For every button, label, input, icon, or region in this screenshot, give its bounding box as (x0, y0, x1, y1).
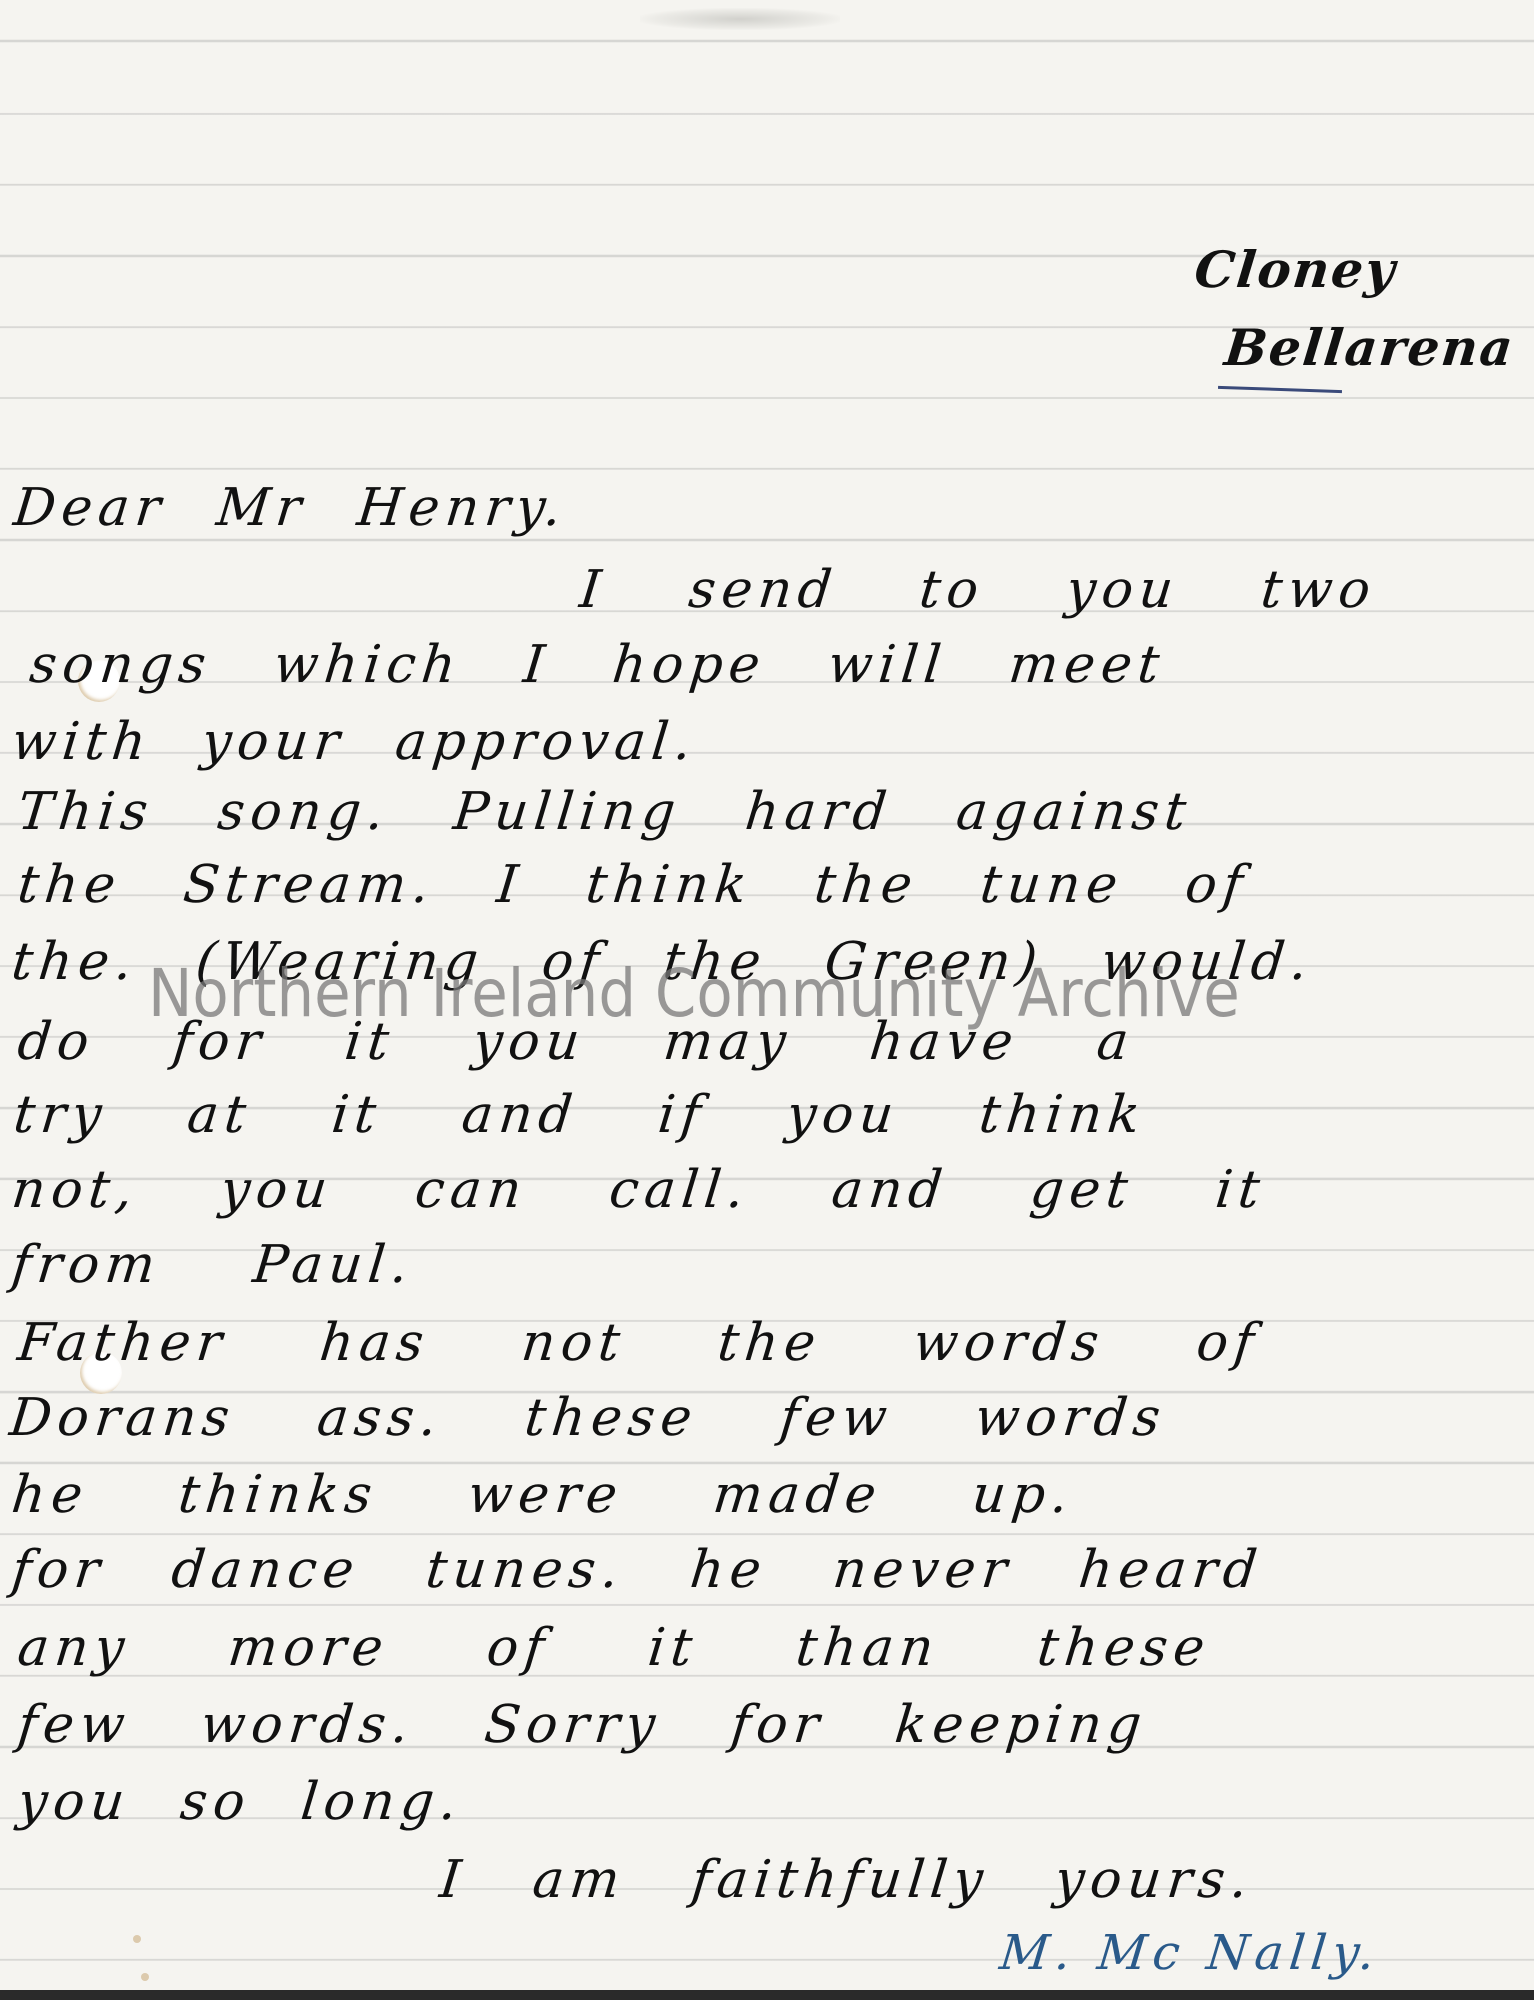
body-line: any more of it than these (15, 1618, 1214, 1678)
body-line: This song. Pulling hard against (15, 782, 1195, 842)
salutation: Dear Mr Henry. (11, 478, 570, 538)
body-line: he thinks were made up. (9, 1465, 1077, 1525)
body-line: not, you can call. and get it (9, 1160, 1269, 1220)
scan-bottom-edge (0, 1990, 1534, 2000)
paper-stain (133, 1935, 141, 1943)
body-line: Father has not the words of (15, 1313, 1263, 1373)
body-line: with your approval. (9, 712, 700, 772)
address-line-1: Cloney (1192, 240, 1400, 299)
archive-watermark: Northern Ireland Community Archive (148, 955, 1240, 1032)
body-line: for dance tunes. he never heard (9, 1540, 1266, 1600)
body-line: the Stream. I think the tune of (15, 855, 1252, 915)
paper-stain (141, 1973, 149, 1981)
address-line-2: Bellarena (1222, 318, 1518, 377)
paper-tear-mark (640, 8, 840, 30)
body-line: try at it and if you think (11, 1085, 1149, 1145)
signature: M. Mc Nally. (997, 1925, 1383, 1981)
body-line: Dorans ass. these few words (7, 1388, 1169, 1448)
body-line: from Paul. (9, 1235, 417, 1295)
body-line: songs which I hope will meet (27, 635, 1168, 695)
body-line: few words. Sorry for keeping (15, 1695, 1150, 1755)
body-line: you so long. (15, 1772, 466, 1832)
body-line: I send to you two (577, 560, 1379, 620)
closing: I am faithfully yours. (437, 1850, 1257, 1910)
